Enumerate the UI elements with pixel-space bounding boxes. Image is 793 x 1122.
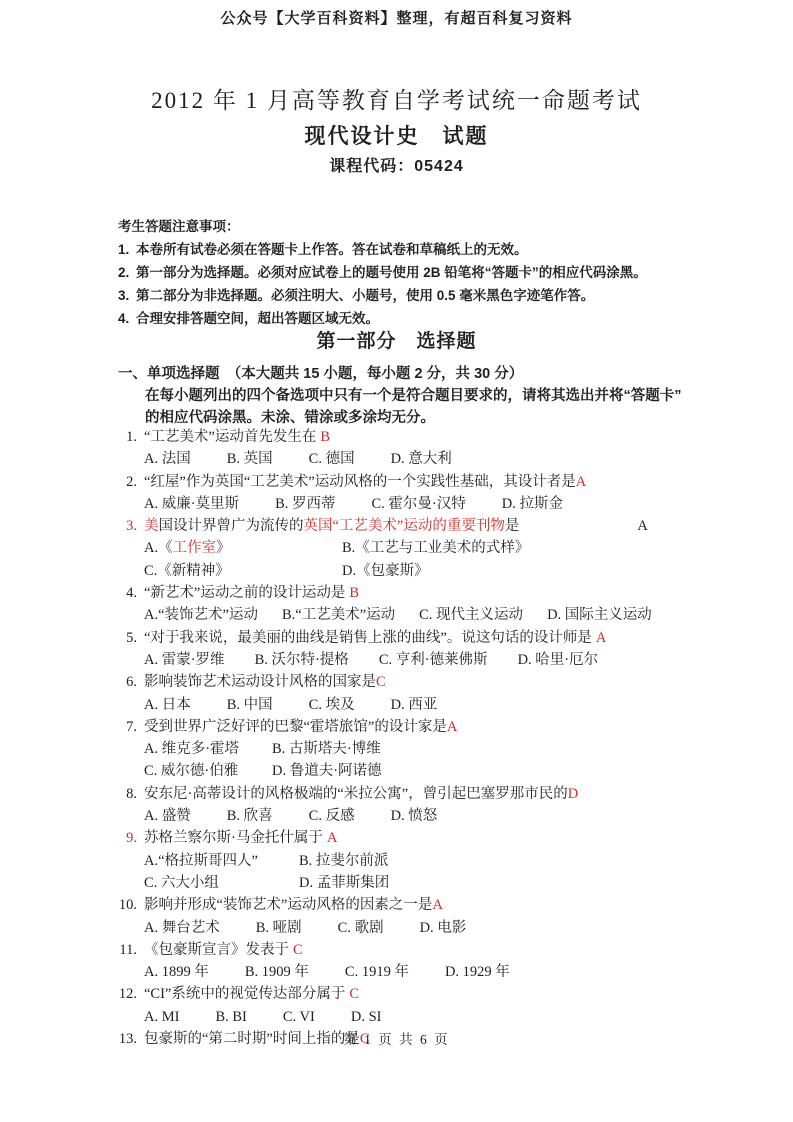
option-text: B. 哑剧 — [256, 920, 302, 936]
question-number: 4. — [113, 582, 137, 604]
option-text: B. 罗西蒂 — [275, 496, 335, 512]
option-text: A.“装饰艺术”运动 — [144, 607, 258, 623]
question-number: 2. — [113, 471, 137, 493]
option: D. 愤怒 — [391, 805, 438, 827]
option-text: D. 国际主义运动 — [547, 607, 652, 623]
option-text: D. 哈里·厄尔 — [518, 652, 599, 668]
question-stem: 3.美国设计界曾广为流传的英国“工艺美术”运动的重要刊物是A — [113, 515, 698, 537]
option-text: A. 法国 — [144, 451, 191, 467]
exam-subject-title: 现代设计史 试题 — [0, 120, 793, 150]
option-text: D. 孟菲斯集团 — [299, 875, 389, 891]
option: D.《包豪斯》 — [342, 560, 429, 582]
question-stem: 7.受到世界广泛好评的巴黎“霍塔旅馆”的设计家是A — [113, 716, 698, 738]
question-type-heading: 一、单项选择题 （本大题共 15 小题，每小题 2 分，共 30 分） — [118, 362, 523, 383]
option-line: A. 法国B. 英国C. 德国D. 意大利 — [113, 448, 698, 470]
question-stem: 9.苏格兰察尔斯·马金托什属于A — [113, 827, 698, 849]
answer-letter: A — [432, 897, 442, 913]
option-text: C. 六大小组 — [144, 875, 219, 891]
option-text: A. 舞台艺术 — [144, 920, 220, 936]
option: B.“工艺美术”运动 — [282, 604, 395, 626]
question-number: 6. — [113, 671, 137, 693]
answer-letter: 英国“工艺美术”运动的重要刊物 — [304, 518, 505, 534]
option-text: C. 亨利·德莱佛斯 — [379, 652, 488, 668]
option-text: A.“格拉斯哥四人” — [144, 853, 258, 869]
note-item: 2.第一部分为选择题。必须对应试卷上的题号使用 2B 铅笔将“答题卡”的相应代码… — [118, 261, 713, 284]
question-stem: 1.“工艺美术”运动首先发生在B — [113, 426, 698, 448]
option: A.“格拉斯哥四人” — [144, 850, 299, 872]
option-line: A.《工作室》B.《工艺与工业美术的式样》 — [113, 537, 698, 559]
notes-heading: 考生答题注意事项： — [118, 215, 713, 238]
option-text: A. 雷蒙·罗维 — [144, 652, 225, 668]
option-text: D. SI — [351, 1009, 382, 1025]
option: C. 埃及 — [309, 694, 355, 716]
answer-letter: C — [293, 942, 303, 958]
note-text: 第一部分为选择题。必须对应试卷上的题号使用 2B 铅笔将“答题卡”的相应代码涂黑… — [136, 265, 647, 280]
option-text: A. MI — [144, 1009, 179, 1025]
question-number: 3. — [113, 515, 137, 537]
option-line: A. 雷蒙·罗维B. 沃尔特·提格C. 亨利·德莱佛斯D. 哈里·厄尔 — [113, 649, 698, 671]
question-number: 7. — [113, 716, 137, 738]
stem-text: “红屋”作为英国“工艺美术”运动风格的一个实践性基础，其设计者是 — [144, 474, 576, 490]
option: B. 沃尔特·提格 — [255, 649, 349, 671]
option-text: B.《工艺与工业美术的式样》 — [342, 540, 529, 556]
answer-letter: B — [320, 429, 330, 445]
option: A.《工作室》 — [144, 537, 342, 559]
question-number: 9. — [113, 827, 137, 849]
option: B. 古斯塔夫·博维 — [272, 738, 381, 760]
stem-text: 影响并形成“装饰艺术”运动风格的因素之一是 — [144, 897, 432, 913]
stem-text: 《包豪斯宣言》发表于 — [144, 942, 289, 958]
option-line: A. 1899 年B. 1909 年C. 1919 年D. 1929 年 — [113, 961, 698, 983]
option-text: A.《 — [144, 540, 173, 556]
stem-text: A — [637, 518, 647, 534]
option: C. 六大小组 — [144, 872, 299, 894]
option-line: A. 日本B. 中国C. 埃及D. 西亚 — [113, 694, 698, 716]
option-line: A. 盛赞B. 欣喜C. 反感D. 愤怒 — [113, 805, 698, 827]
option-text: 》 — [216, 540, 231, 556]
note-text: 合理安排答题空间，超出答题区域无效。 — [136, 311, 379, 326]
option-text: A. 维克多·霍塔 — [144, 741, 239, 757]
option: D. 国际主义运动 — [547, 604, 652, 626]
question-number: 8. — [113, 783, 137, 805]
option: C. 亨利·德莱佛斯 — [379, 649, 488, 671]
option: C. 德国 — [309, 448, 355, 470]
option-text: C. 霍尔曼·汉特 — [371, 496, 465, 512]
option-line: C. 六大小组D. 孟菲斯集团 — [113, 872, 698, 894]
option: C. 1919 年 — [345, 961, 409, 983]
option-text: D. 愤怒 — [391, 808, 438, 824]
option: C. 威尔德·伯雅 — [144, 760, 272, 782]
option: D. SI — [351, 1006, 382, 1028]
answer-letter: A — [327, 830, 337, 846]
option: C. 反感 — [309, 805, 355, 827]
option: B. 罗西蒂 — [275, 493, 335, 515]
note-item: 3.第二部分为非选择题。必须注明大、小题号，使用 0.5 毫米黑色字迹笔作答。 — [118, 284, 713, 307]
option-text: A. 威廉·莫里斯 — [144, 496, 239, 512]
question-number: 5. — [113, 627, 137, 649]
option: C. VI — [283, 1006, 315, 1028]
option: A. 日本 — [144, 694, 191, 716]
option-text: B. 中国 — [227, 697, 273, 713]
option: A. MI — [144, 1006, 179, 1028]
option: A. 维克多·霍塔 — [144, 738, 272, 760]
answer-letter: 美 — [144, 518, 159, 534]
option: A. 威廉·莫里斯 — [144, 493, 239, 515]
option: A. 舞台艺术 — [144, 917, 220, 939]
option-text: B. BI — [215, 1009, 246, 1025]
notes-list: 1.本卷所有试卷必须在答题卡上作答。答在试卷和草稿纸上的无效。2.第一部分为选择… — [118, 238, 713, 330]
option: B. BI — [215, 1006, 246, 1028]
note-text: 第二部分为非选择题。必须注明大、小题号，使用 0.5 毫米黑色字迹笔作答。 — [136, 288, 594, 303]
question-stem: 12.“CI”系统中的视觉传达部分属于C — [113, 983, 698, 1005]
option-text: B. 沃尔特·提格 — [255, 652, 349, 668]
option-text: B.“工艺美术”运动 — [282, 607, 395, 623]
option: D. 电影 — [420, 917, 467, 939]
stem-text: 安东尼·高蒂设计的风格极端的“米拉公寓”，曾引起巴塞罗那市民的 — [144, 786, 568, 802]
option-text: C. VI — [283, 1009, 315, 1025]
option-line: C.《新精神》D.《包豪斯》 — [113, 560, 698, 582]
option-text: B. 拉斐尔前派 — [299, 853, 388, 869]
course-code: 课程代码：05424 — [0, 153, 793, 176]
option-text: C. 反感 — [309, 808, 355, 824]
notes-section: 考生答题注意事项： 1.本卷所有试卷必须在答题卡上作答。答在试卷和草稿纸上的无效… — [118, 215, 713, 330]
answer-letter: C — [349, 986, 359, 1002]
stem-text: “CI”系统中的视觉传达部分属于 — [144, 986, 345, 1002]
answer-letter: A — [447, 719, 457, 735]
question-number: 10. — [113, 894, 137, 916]
option: B. 欣喜 — [227, 805, 273, 827]
question-stem: 2.“红屋”作为英国“工艺美术”运动风格的一个实践性基础，其设计者是A — [113, 471, 698, 493]
option: B. 中国 — [227, 694, 273, 716]
option-text: D. 1929 年 — [445, 964, 510, 980]
option: A.“装饰艺术”运动 — [144, 604, 258, 626]
option-text: D. 拉斯金 — [502, 496, 563, 512]
question-stem: 11.《包豪斯宣言》发表于C — [113, 939, 698, 961]
option-line: C. 威尔德·伯雅D. 鲁道夫·阿诺德 — [113, 760, 698, 782]
option: A. 盛赞 — [144, 805, 191, 827]
page-title: 2012 年 1 月高等教育自学考试统一命题考试 — [0, 82, 793, 115]
option: A. 1899 年 — [144, 961, 209, 983]
option-text: B. 古斯塔夫·博维 — [272, 741, 381, 757]
stem-text: 受到世界广泛好评的巴黎“霍塔旅馆”的设计家是 — [144, 719, 447, 735]
option: B. 哑剧 — [256, 917, 302, 939]
option-text: A. 日本 — [144, 697, 191, 713]
option-line: A. MIB. BIC. VID. SI — [113, 1006, 698, 1028]
question-stem: 8.安东尼·高蒂设计的风格极端的“米拉公寓”，曾引起巴塞罗那市民的D — [113, 783, 698, 805]
question-number: 12. — [113, 983, 137, 1005]
option-text: D. 意大利 — [391, 451, 452, 467]
option-text: D. 电影 — [420, 920, 467, 936]
instructions: 在每小题列出的四个备选项中只有一个是符合题目要求的，请将其选出并将“答题卡”的相… — [145, 385, 723, 429]
stem-text: “新艺术”运动之前的设计运动是 — [144, 585, 345, 601]
option-line: A. 维克多·霍塔B. 古斯塔夫·博维 — [113, 738, 698, 760]
question-stem: 5.“对于我来说，最美丽的曲线是销售上涨的曲线”。说这句话的设计师是A — [113, 627, 698, 649]
option: B.《工艺与工业美术的式样》 — [342, 537, 529, 559]
option-red-text: 工作室 — [173, 540, 217, 556]
option: B. 英国 — [227, 448, 273, 470]
option-line: A. 威廉·莫里斯B. 罗西蒂C. 霍尔曼·汉特D. 拉斯金 — [113, 493, 698, 515]
questions-list: 1.“工艺美术”运动首先发生在BA. 法国B. 英国C. 德国D. 意大利2.“… — [113, 426, 698, 1050]
option: D. 哈里·厄尔 — [518, 649, 599, 671]
question-number: 1. — [113, 426, 137, 448]
answer-letter: A — [596, 630, 606, 646]
page-footer: 第 1 页 共 6 页 — [0, 1028, 793, 1048]
option-text: A. 盛赞 — [144, 808, 191, 824]
option-text: C. 1919 年 — [345, 964, 409, 980]
option-text: D. 鲁道夫·阿诺德 — [272, 763, 382, 779]
stem-text: 影响装饰艺术运动设计风格的国家是 — [144, 674, 376, 690]
note-number: 1. — [118, 238, 136, 261]
stem-text: “工艺美术”运动首先发生在 — [144, 429, 316, 445]
option-text: C. 威尔德·伯雅 — [144, 763, 238, 779]
option-text: C. 德国 — [309, 451, 355, 467]
instruction-line: 在每小题列出的四个备选项中只有一个是符合题目要求的，请将其选出并将“答题卡” — [145, 385, 723, 407]
answer-letter: C — [376, 674, 386, 690]
option: D. 西亚 — [391, 694, 438, 716]
exam-page: 公众号【大学百科资料】整理，有超百科复习资料 2012 年 1 月高等教育自学考… — [0, 0, 793, 1122]
answer-letter: A — [576, 474, 586, 490]
stem-text: 是 — [505, 518, 520, 534]
note-item: 1.本卷所有试卷必须在答题卡上作答。答在试卷和草稿纸上的无效。 — [118, 238, 713, 261]
answer-letter: B — [349, 585, 359, 601]
stem-text: “对于我来说，最美丽的曲线是销售上涨的曲线”。说这句话的设计师是 — [144, 630, 592, 646]
note-number: 2. — [118, 261, 136, 284]
option: B. 1909 年 — [245, 961, 309, 983]
option: C. 歌剧 — [338, 917, 384, 939]
option: D. 1929 年 — [445, 961, 510, 983]
option: A. 雷蒙·罗维 — [144, 649, 225, 671]
option: A. 法国 — [144, 448, 191, 470]
option-text: C. 歌剧 — [338, 920, 384, 936]
question-number: 11. — [113, 939, 137, 961]
option-text: D.《包豪斯》 — [342, 563, 429, 579]
option-text: B. 欣喜 — [227, 808, 273, 824]
option-text: B. 1909 年 — [245, 964, 309, 980]
option: B. 拉斐尔前派 — [299, 850, 388, 872]
option-text: D. 西亚 — [391, 697, 438, 713]
answer-letter: D — [568, 786, 578, 802]
question-stem: 10.影响并形成“装饰艺术”运动风格的因素之一是A — [113, 894, 698, 916]
question-stem: 6.影响装饰艺术运动设计风格的国家是C — [113, 671, 698, 693]
option: D. 孟菲斯集团 — [299, 872, 389, 894]
option-text: A. 1899 年 — [144, 964, 209, 980]
promo-banner: 公众号【大学百科资料】整理，有超百科复习资料 — [0, 7, 793, 28]
option: C.《新精神》 — [144, 560, 342, 582]
stem-text: 国设计界曾广为流传的 — [159, 518, 304, 534]
option-line: A. 舞台艺术B. 哑剧C. 歌剧D. 电影 — [113, 917, 698, 939]
option-text: B. 英国 — [227, 451, 273, 467]
note-number: 3. — [118, 284, 136, 307]
option-line: A.“格拉斯哥四人”B. 拉斐尔前派 — [113, 850, 698, 872]
option: D. 拉斯金 — [502, 493, 563, 515]
option: D. 意大利 — [391, 448, 452, 470]
question-stem: 4.“新艺术”运动之前的设计运动是B — [113, 582, 698, 604]
option-text: C.《新精神》 — [144, 563, 230, 579]
option-line: A.“装饰艺术”运动B.“工艺美术”运动C. 现代主义运动D. 国际主义运动 — [113, 604, 698, 626]
part-title: 第一部分 选择题 — [0, 326, 793, 353]
option-text: C. 现代主义运动 — [419, 607, 523, 623]
note-text: 本卷所有试卷必须在答题卡上作答。答在试卷和草稿纸上的无效。 — [136, 242, 528, 257]
option-text: C. 埃及 — [309, 697, 355, 713]
option: C. 霍尔曼·汉特 — [371, 493, 465, 515]
stem-text: 苏格兰察尔斯·马金托什属于 — [144, 830, 323, 846]
option: C. 现代主义运动 — [419, 604, 523, 626]
option: D. 鲁道夫·阿诺德 — [272, 760, 382, 782]
